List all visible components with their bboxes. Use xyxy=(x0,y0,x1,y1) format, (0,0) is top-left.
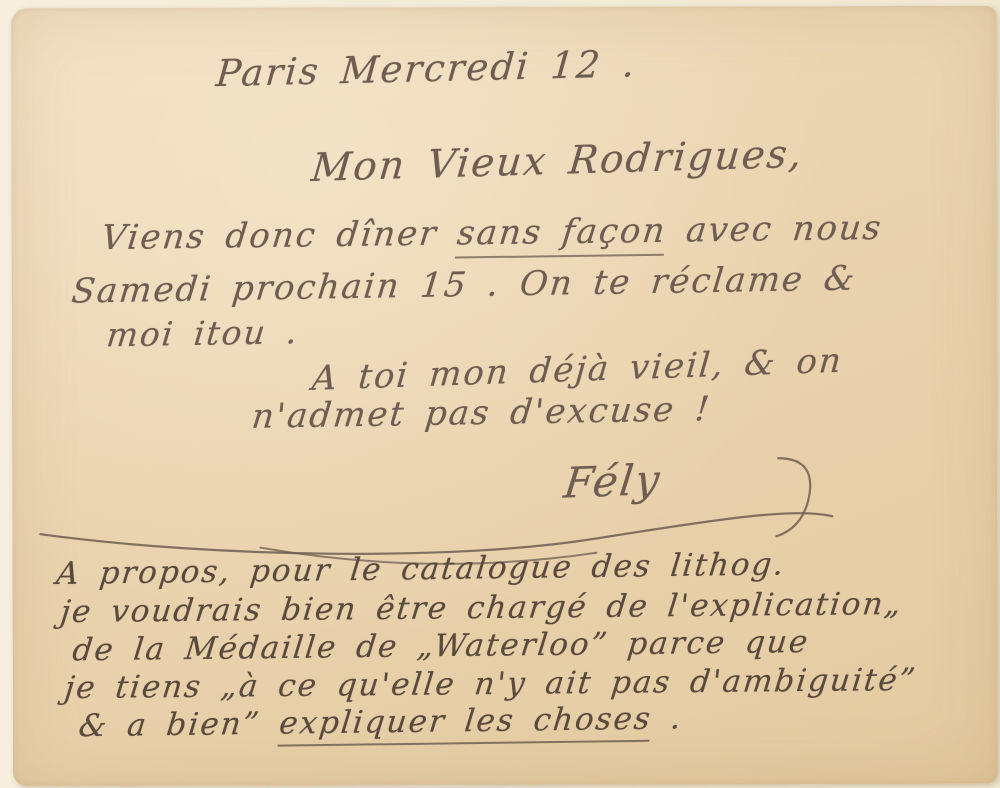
salutation: Mon Vieux Rodrigues, xyxy=(309,132,805,191)
postscript-line-5: & a bien” expliquer les choses . xyxy=(77,700,685,744)
postscript-line-5-pre: & a bien” xyxy=(77,706,281,745)
dateline: Paris Mercredi 12 . xyxy=(214,42,638,95)
postscript-line-4: je tiens „à ce qu'elle n'y ait pas d'amb… xyxy=(63,662,919,706)
body-line-4: A toi mon déjà vieil, & on xyxy=(310,341,844,399)
body-line-2: Samedi prochain 15 . On te réclame & xyxy=(70,259,859,312)
body-line-1-pre: Viens donc dîner xyxy=(99,213,459,258)
postscript-line-5-underlined-phrase: expliquer les choses xyxy=(277,701,654,747)
postscript-line-3: de la Médaille de „Waterloo” parce que xyxy=(71,624,812,668)
postscript-line-5-post: . xyxy=(650,700,685,736)
photograph-of-letter: { "letter": { "kind": "handwritten-lette… xyxy=(0,0,1000,788)
body-line-1-post: avec nous xyxy=(664,208,884,251)
body-line-3: moi itou . xyxy=(105,312,301,354)
body-line-1-underlined-phrase: sans façon xyxy=(455,211,669,259)
body-line-1: Viens donc dîner sans façon avec nous xyxy=(99,208,884,258)
body-line-5: n'admet pas d'excuse ! xyxy=(250,389,713,437)
letter-card: Paris Mercredi 12 . Mon Vieux Rodrigues,… xyxy=(11,6,998,787)
